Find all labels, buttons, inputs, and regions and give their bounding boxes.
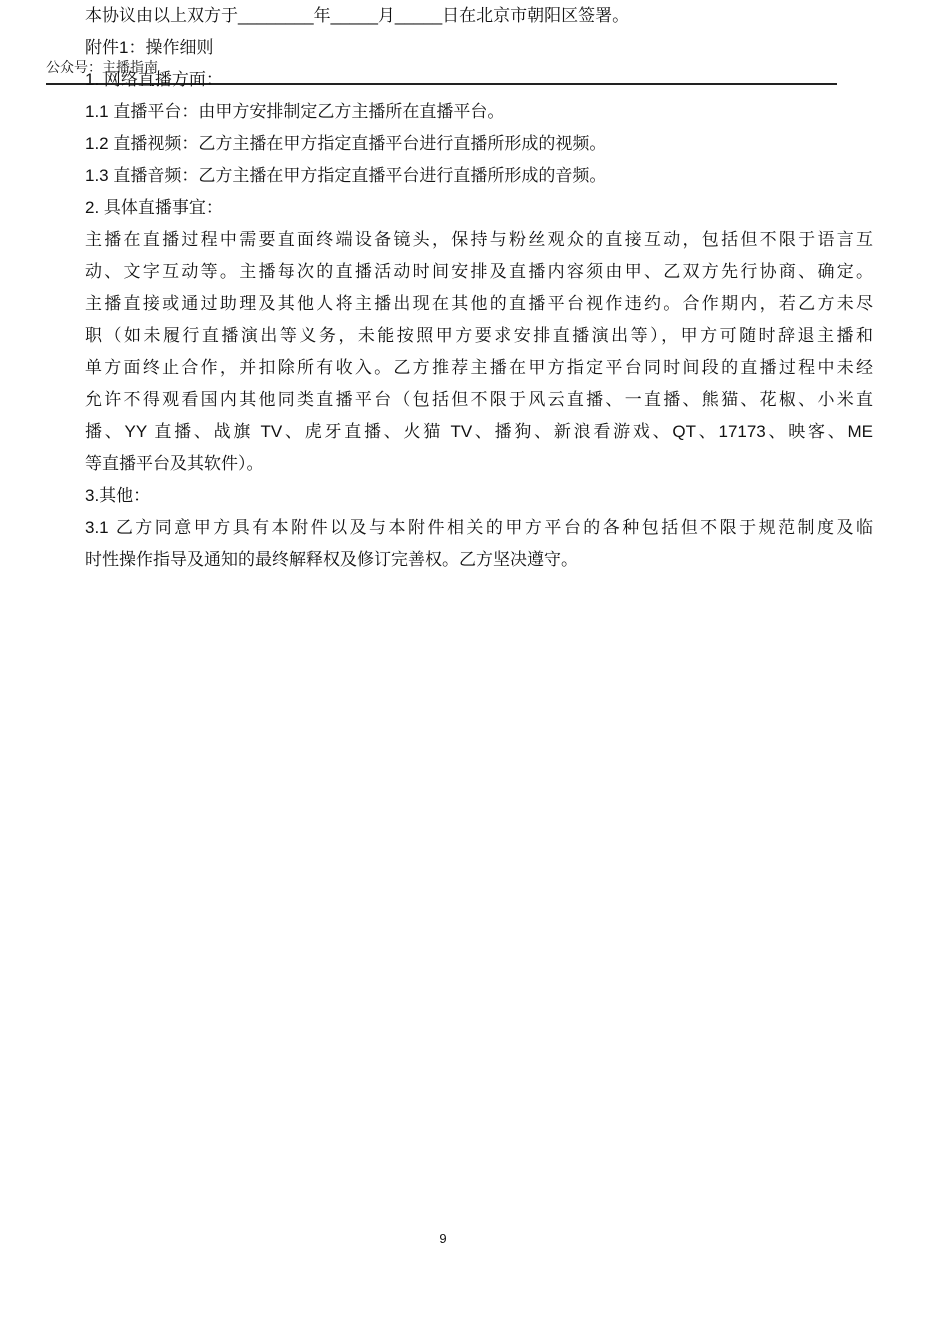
attachment-title: 附件1：操作细则 [85,32,873,64]
paragraph-line: 动、文字互动等。主播每次的直播活动时间安排及直播内容须由甲、乙双方先行协商、确定… [85,256,873,288]
paragraph-line: 播、YY 直播、战旗 TV、虎牙直播、火猫 TV、播狗、新浪看游戏、QT、171… [85,416,873,448]
paragraph-line: 主播直接或通过助理及其他人将主播出现在其他的直播平台视作违约。合作期内，若乙方未… [85,288,873,320]
paragraph-line: 等直播平台及其软件）。 [85,448,873,480]
page-number: 9 [439,1230,446,1248]
section-3-heading: 3.其他： [85,480,873,512]
document-page: 公众号：主播指南 本协议由以上双方于________年_____月_____日在… [0,0,950,1344]
clause-line: 3.1 乙方同意甲方具有本附件以及与本附件相关的甲方平台的各种包括但不限于规范制… [85,512,873,544]
document-body: 本协议由以上双方于________年_____月_____日在北京市朝阳区签署。… [85,0,873,576]
clause-1-1: 1.1 直播平台：由甲方安排制定乙方主播所在直播平台。 [85,96,873,128]
section-2-heading: 2. 具体直播事宜： [85,192,873,224]
clause-1-2: 1.2 直播视频：乙方主播在甲方指定直播平台进行直播所形成的视频。 [85,128,873,160]
clause-line: 时性操作指导及通知的最终解释权及修订完善权。乙方坚决遵守。 [85,544,873,576]
section-1-heading: 1. 网络直播方面： [85,64,873,96]
paragraph-line: 单方面终止合作，并扣除所有收入。乙方推荐主播在甲方指定平台同时间段的直播过程中未… [85,352,873,384]
signing-date-line: 本协议由以上双方于________年_____月_____日在北京市朝阳区签署。 [85,0,873,32]
paragraph-line: 允许不得观看国内其他同类直播平台（包括但不限于风云直播、一直播、熊猫、花椒、小米… [85,384,873,416]
paragraph-line: 主播在直播过程中需要直面终端设备镜头，保持与粉丝观众的直接互动，包括但不限于语言… [85,224,873,256]
paragraph-line: 职（如未履行直播演出等义务，未能按照甲方要求安排直播演出等），甲方可随时辞退主播… [85,320,873,352]
section-2-paragraph: 主播在直播过程中需要直面终端设备镜头，保持与粉丝观众的直接互动，包括但不限于语言… [85,224,873,480]
clause-1-3: 1.3 直播音频：乙方主播在甲方指定直播平台进行直播所形成的音频。 [85,160,873,192]
clause-3-1: 3.1 乙方同意甲方具有本附件以及与本附件相关的甲方平台的各种包括但不限于规范制… [85,512,873,576]
